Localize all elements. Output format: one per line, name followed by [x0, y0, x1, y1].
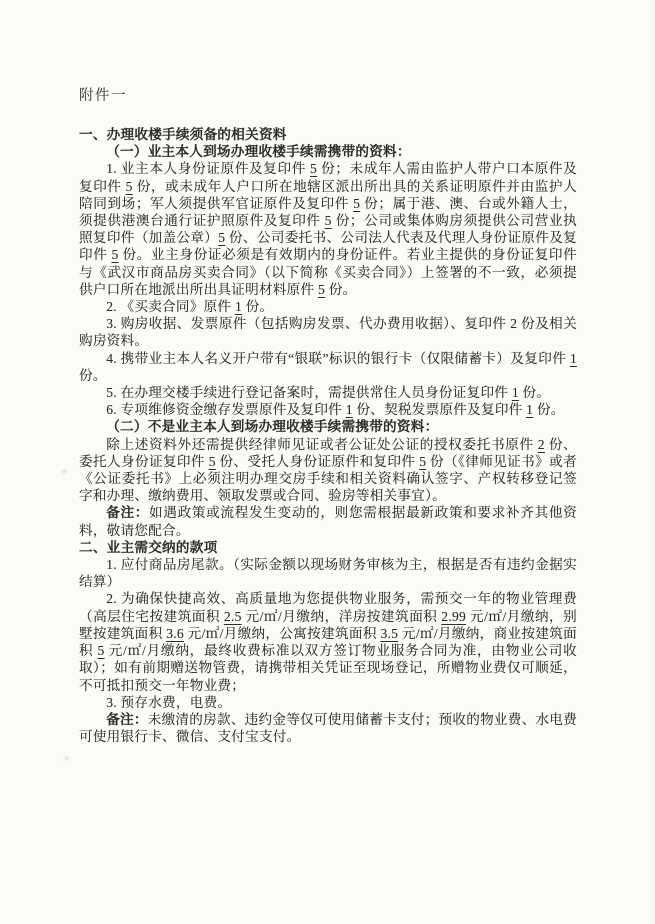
underlined-value: 5: [325, 213, 332, 228]
text-segment: 1. 应付商品房尾款。（实际金额以现场财务审核为主，根据是否有违约金据实结算）: [79, 557, 577, 589]
section1-sub1-item4: 4. 携带业主本人名义开户带有“银联”标识的银行卡（仅限储蓄卡）及复印件 1 份…: [79, 350, 577, 384]
text-segment: 2. 《买卖合同》原件: [106, 299, 235, 314]
section1-sub1-item5: 5. 在办理交楼手续进行登记备案时，需提供常住人员身份证复印件 1 份。: [79, 384, 577, 401]
text-segment: 份。: [533, 402, 564, 417]
scanned-document-page: 附件一 一、办理收楼手续须备的相关资料（一）业主本人到场办理收楼手续需携带的资料…: [0, 0, 655, 924]
scan-artifact: [65, 757, 69, 760]
text-segment: 份。: [519, 385, 550, 400]
text-segment: （一）业主本人到场办理收楼手续需携带的资料：: [106, 144, 411, 159]
section1-sub1-item2: 2. 《买卖合同》原件 1 份。: [79, 298, 577, 315]
section1-note: 备注：如遇政策或流程发生变动的，则您需根据最新政策和要求补齐其他资料，敬请您配合…: [79, 504, 577, 538]
section1-sub1-item6: 6. 专项维修资金缴存发票原件及复印件 1 份、契税发票原件及复印件 1 份。: [79, 401, 577, 418]
section1-heading: 一、办理收楼手续须备的相关资料: [79, 126, 577, 143]
scan-artifact: [62, 470, 67, 473]
underlined-value: 5: [318, 282, 325, 297]
bold-label: 备注：: [106, 505, 149, 520]
text-segment: 5. 在办理交楼手续进行登记备案时，需提供常住人员身份证复印件: [106, 385, 512, 400]
text-segment: 如遇政策或流程发生变动的，则您需根据最新政策和要求补齐其他资料，敬请您配合。: [79, 505, 577, 537]
section2-heading: 二、业主需交纳的款项: [79, 539, 577, 556]
text-segment: 份。: [79, 368, 107, 383]
section1-sub1-heading: （一）业主本人到场办理收楼手续需携带的资料：: [79, 143, 577, 160]
underlined-value: 5: [209, 454, 216, 469]
section1-sub1-item1: 1. 业主本人身份证原件及复印件 5 份；未成年人需由监护人带户口本原件及复印件…: [79, 160, 577, 298]
section1-sub1-item3: 3. 购房收据、发票原件（包括购房发票、代办费用收据）、复印件 2 份及相关购房…: [79, 315, 577, 349]
underlined-value: 1: [346, 402, 353, 417]
underlined-value: 1: [235, 299, 242, 314]
underlined-value: 5: [126, 179, 133, 194]
text-segment: 3. 购房收据、发票原件（包括购房发票、代办费用收据）、复印件 2 份及相关购房…: [79, 316, 577, 348]
underlined-value: 3.6: [166, 626, 184, 641]
section2-item3: 3. 预存水费，电费。: [79, 694, 577, 711]
text-segment: 元/㎡/月缴纳，公寓按建筑面积: [184, 626, 381, 641]
underlined-value: 1: [512, 385, 519, 400]
text-segment: 6. 专项维修资金缴存发票原件及复印件: [106, 402, 346, 417]
document-body: 一、办理收楼手续须备的相关资料（一）业主本人到场办理收楼手续需携带的资料：1. …: [79, 126, 577, 745]
section2-item1: 1. 应付商品房尾款。（实际金额以现场财务审核为主，根据是否有违约金据实结算）: [79, 556, 577, 590]
text-segment: 4. 携带业主本人名义开户带有“银联”标识的银行卡（仅限储蓄卡）及复印件: [106, 351, 570, 366]
text-segment: 3. 预存水费，电费。: [106, 695, 231, 710]
text-segment: 份、受托人身份证原件和复印件: [216, 454, 419, 469]
underlined-value: 1: [570, 351, 577, 366]
underlined-value: 5: [111, 247, 118, 262]
scan-edge-shadow: [649, 0, 655, 924]
underlined-value: 5: [98, 643, 105, 658]
text-segment: 元/㎡/月缴纳，最终收费标准以双方签订物业服务合同为准，由物业公司收取）；如有前…: [79, 643, 577, 692]
underlined-value: 2.5: [224, 609, 242, 624]
text-segment: （二）不是业主本人到场办理收楼手续需携带的资料：: [106, 419, 438, 434]
attachment-title: 附件一: [79, 87, 577, 105]
text-segment: 份、契税发票原件及复印件: [353, 402, 526, 417]
text-segment: 二、业主需交纳的款项: [79, 540, 217, 555]
section2-item2: 2. 为确保快捷高效、高质量地为您提供物业服务，需预交一年的物业管理费（高层住宅…: [79, 590, 577, 693]
text-segment: 1. 业主本人身份证原件及复印件: [106, 161, 310, 176]
section2-note: 备注：未缴清的房款、违约金等仅可使用储蓄卡支付；预收的物业费、水电费可使用银行卡…: [79, 711, 577, 745]
text-segment: 元/㎡/月缴纳，洋房按建筑面积: [242, 609, 442, 624]
underlined-value: 2.99: [441, 609, 466, 624]
text-segment: 除上述资料外还需提供经律师见证或者公证处公证的授权委托书原件: [106, 437, 538, 452]
text-segment: 一、办理收楼手续须备的相关资料: [79, 127, 287, 142]
underlined-value: 3.5: [380, 626, 398, 641]
underlined-value: 2: [538, 437, 545, 452]
text-segment: 份。: [242, 299, 273, 314]
text-segment: 未缴清的房款、违约金等仅可使用储蓄卡支付；预收的物业费、水电费可使用银行卡、微信…: [79, 712, 577, 744]
section1-sub2-body: 除上述资料外还需提供经律师见证或者公证处公证的授权委托书原件 2 份、委托人身份…: [79, 436, 577, 505]
bold-label: 备注：: [106, 712, 148, 727]
section1-sub2-heading: （二）不是业主本人到场办理收楼手续需携带的资料：: [79, 418, 577, 435]
text-segment: 份。: [325, 282, 356, 297]
